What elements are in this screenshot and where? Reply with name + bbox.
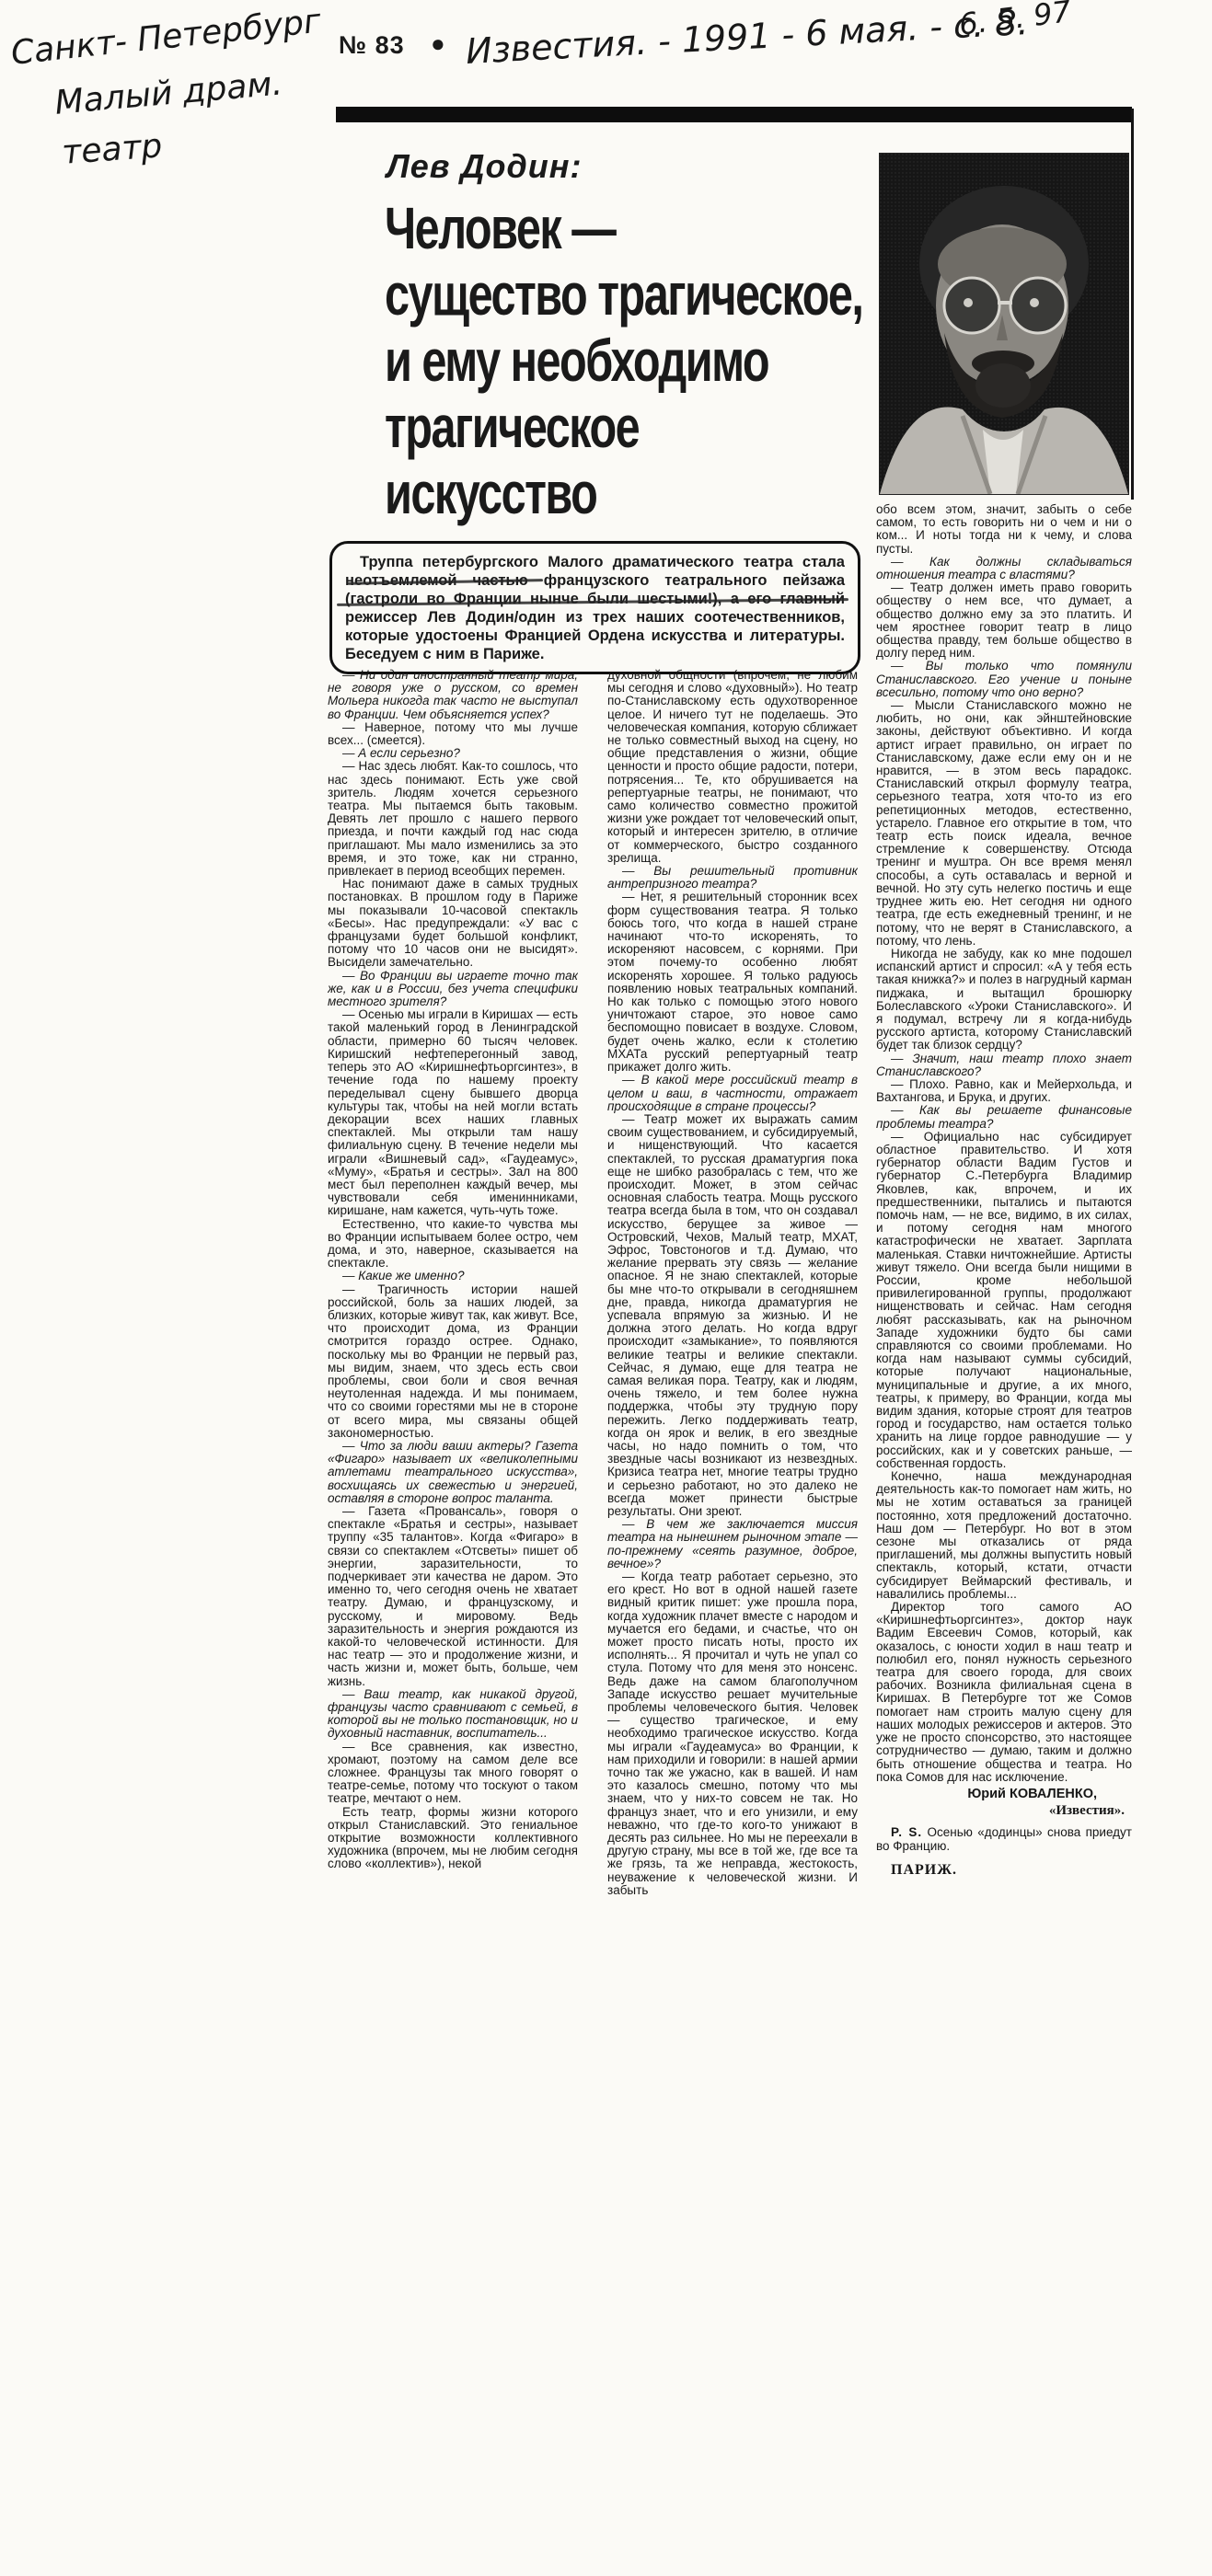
question-paragraph: — Значит, наш театр плохо знает Станисла… — [876, 1052, 1132, 1078]
body-paragraph: — Театр должен иметь право говорить обще… — [876, 581, 1132, 660]
article-column-3-text: обо всем этом, значит, забыть о себе сам… — [876, 503, 1132, 1784]
question-paragraph: — Ваш театр, как никакой другой, француз… — [328, 1688, 578, 1741]
headline-line: искусство — [385, 460, 777, 526]
author-publication: «Известия». — [876, 1804, 1132, 1817]
body-paragraph: Нас понимают даже в самых трудных постан… — [328, 878, 578, 969]
article-column-3: обо всем этом, значит, забыть о себе сам… — [876, 503, 1132, 1877]
column-rule-right — [1131, 109, 1134, 500]
question-paragraph: — Ни один иностранный театр мира, не гов… — [328, 669, 578, 721]
body-paragraph: — Все сравнения, как известно, хромают, … — [328, 1741, 578, 1806]
signature-block: Юрий КОВАЛЕНКО, «Известия». — [876, 1788, 1132, 1817]
article-column-2: духовной общности (впрочем, не любим мы … — [607, 669, 858, 2421]
headline-line: и ему необходимо — [385, 328, 777, 394]
body-paragraph: — Нас здесь любят. Как-то сошлось, что н… — [328, 760, 578, 878]
body-paragraph: Конечно, наша международная деятельность… — [876, 1470, 1132, 1601]
body-paragraph: Есть театр, формы жизни которого открыл … — [328, 1806, 578, 1871]
handwritten-theatre-note-line1: Малый драм. — [53, 64, 283, 121]
question-paragraph: — Вы решительный противник антрепризного… — [607, 865, 858, 891]
issue-number: № 83 — [339, 31, 405, 60]
body-paragraph: — Газета «Провансаль», говоря о спектакл… — [328, 1505, 578, 1688]
body-paragraph: Никогда не забуду, как ко мне подошел ис… — [876, 948, 1132, 1052]
body-paragraph: — Плохо. Равно, как и Мейерхольда, и Вах… — [876, 1078, 1132, 1104]
question-paragraph: — Вы только что помянули Станиславского.… — [876, 660, 1132, 699]
article-kicker: Лев Додин: — [387, 147, 582, 186]
question-paragraph: — Как должны складываться отношения теат… — [876, 556, 1132, 581]
body-paragraph: — Мысли Станиславского можно не любить, … — [876, 699, 1132, 948]
body-paragraph: Директор того самого АО «Киришнефтьоргси… — [876, 1601, 1132, 1784]
portrait-illustration — [880, 154, 1128, 494]
portrait-photo-lev-dodin — [879, 153, 1129, 495]
question-paragraph: — Как вы решаете финансовые проблемы теа… — [876, 1104, 1132, 1130]
dateline: ПАРИЖ. — [876, 1864, 1132, 1877]
header-rule-bar — [336, 107, 1132, 122]
body-paragraph: — Когда театр работает серьезно, это его… — [607, 1570, 858, 1897]
handwritten-theatre-note-line2: театр — [61, 127, 164, 172]
article-column-1: — Ни один иностранный театр мира, не гов… — [328, 669, 578, 2421]
body-paragraph: — Театр может их выражать самим своим су… — [607, 1113, 858, 1518]
body-paragraph: обо всем этом, значит, забыть о себе сам… — [876, 503, 1132, 556]
bullet-icon: ● — [431, 29, 445, 58]
handwritten-citation: Известия. - 1991 - 6 мая. - с. 8. — [465, 2, 1029, 72]
question-paragraph: — Какие же именно? — [328, 1270, 578, 1282]
lead-paragraph-box: Труппа петербургского Малого драматическ… — [329, 541, 860, 674]
newspaper-scan-page: { "annotations": { "top_left_line1": "Са… — [0, 0, 1212, 2576]
headline-line: трагическое — [385, 394, 777, 460]
body-paragraph: — Наверное, потому что мы лучше всех... … — [328, 721, 578, 747]
question-paragraph: — В чем же заключается миссия театра на … — [607, 1518, 858, 1570]
body-paragraph: — Нет, я решительный сторонник всех форм… — [607, 891, 858, 1074]
postscript-label: P. S. — [891, 1825, 922, 1839]
body-paragraph: духовной общности (впрочем, не любим мы … — [607, 669, 858, 865]
body-paragraph: — Официально нас субсидирует областное п… — [876, 1131, 1132, 1470]
body-paragraph: — Осенью мы играли в Киришах — есть тако… — [328, 1008, 578, 1217]
lead-paragraph: Труппа петербургского Малого драматическ… — [345, 553, 845, 663]
headline-line: Человек — — [385, 195, 777, 261]
question-paragraph: — В какой мере российский театр в целом … — [607, 1074, 858, 1113]
body-paragraph: — Трагичность истории нашей российской, … — [328, 1283, 578, 1440]
headline-line: существо трагическое, — [385, 261, 777, 328]
author-name: Юрий КОВАЛЕНКО, — [876, 1788, 1132, 1800]
question-paragraph: — Что за люди ваши актеры? Газета «Фигар… — [328, 1440, 578, 1505]
handwritten-city-note: Санкт- Петербург — [9, 3, 323, 73]
question-paragraph: — Во Франции вы играете точно так же, ка… — [328, 970, 578, 1009]
postscript: P. S. Осенью «додинцы» снова приедут во … — [876, 1826, 1132, 1852]
article-headline: Человек — существо трагическое, и ему не… — [385, 195, 900, 526]
question-paragraph: — А если серьезно? — [328, 747, 578, 760]
body-paragraph: Естественно, что какие-то чувства мы во … — [328, 1218, 578, 1271]
